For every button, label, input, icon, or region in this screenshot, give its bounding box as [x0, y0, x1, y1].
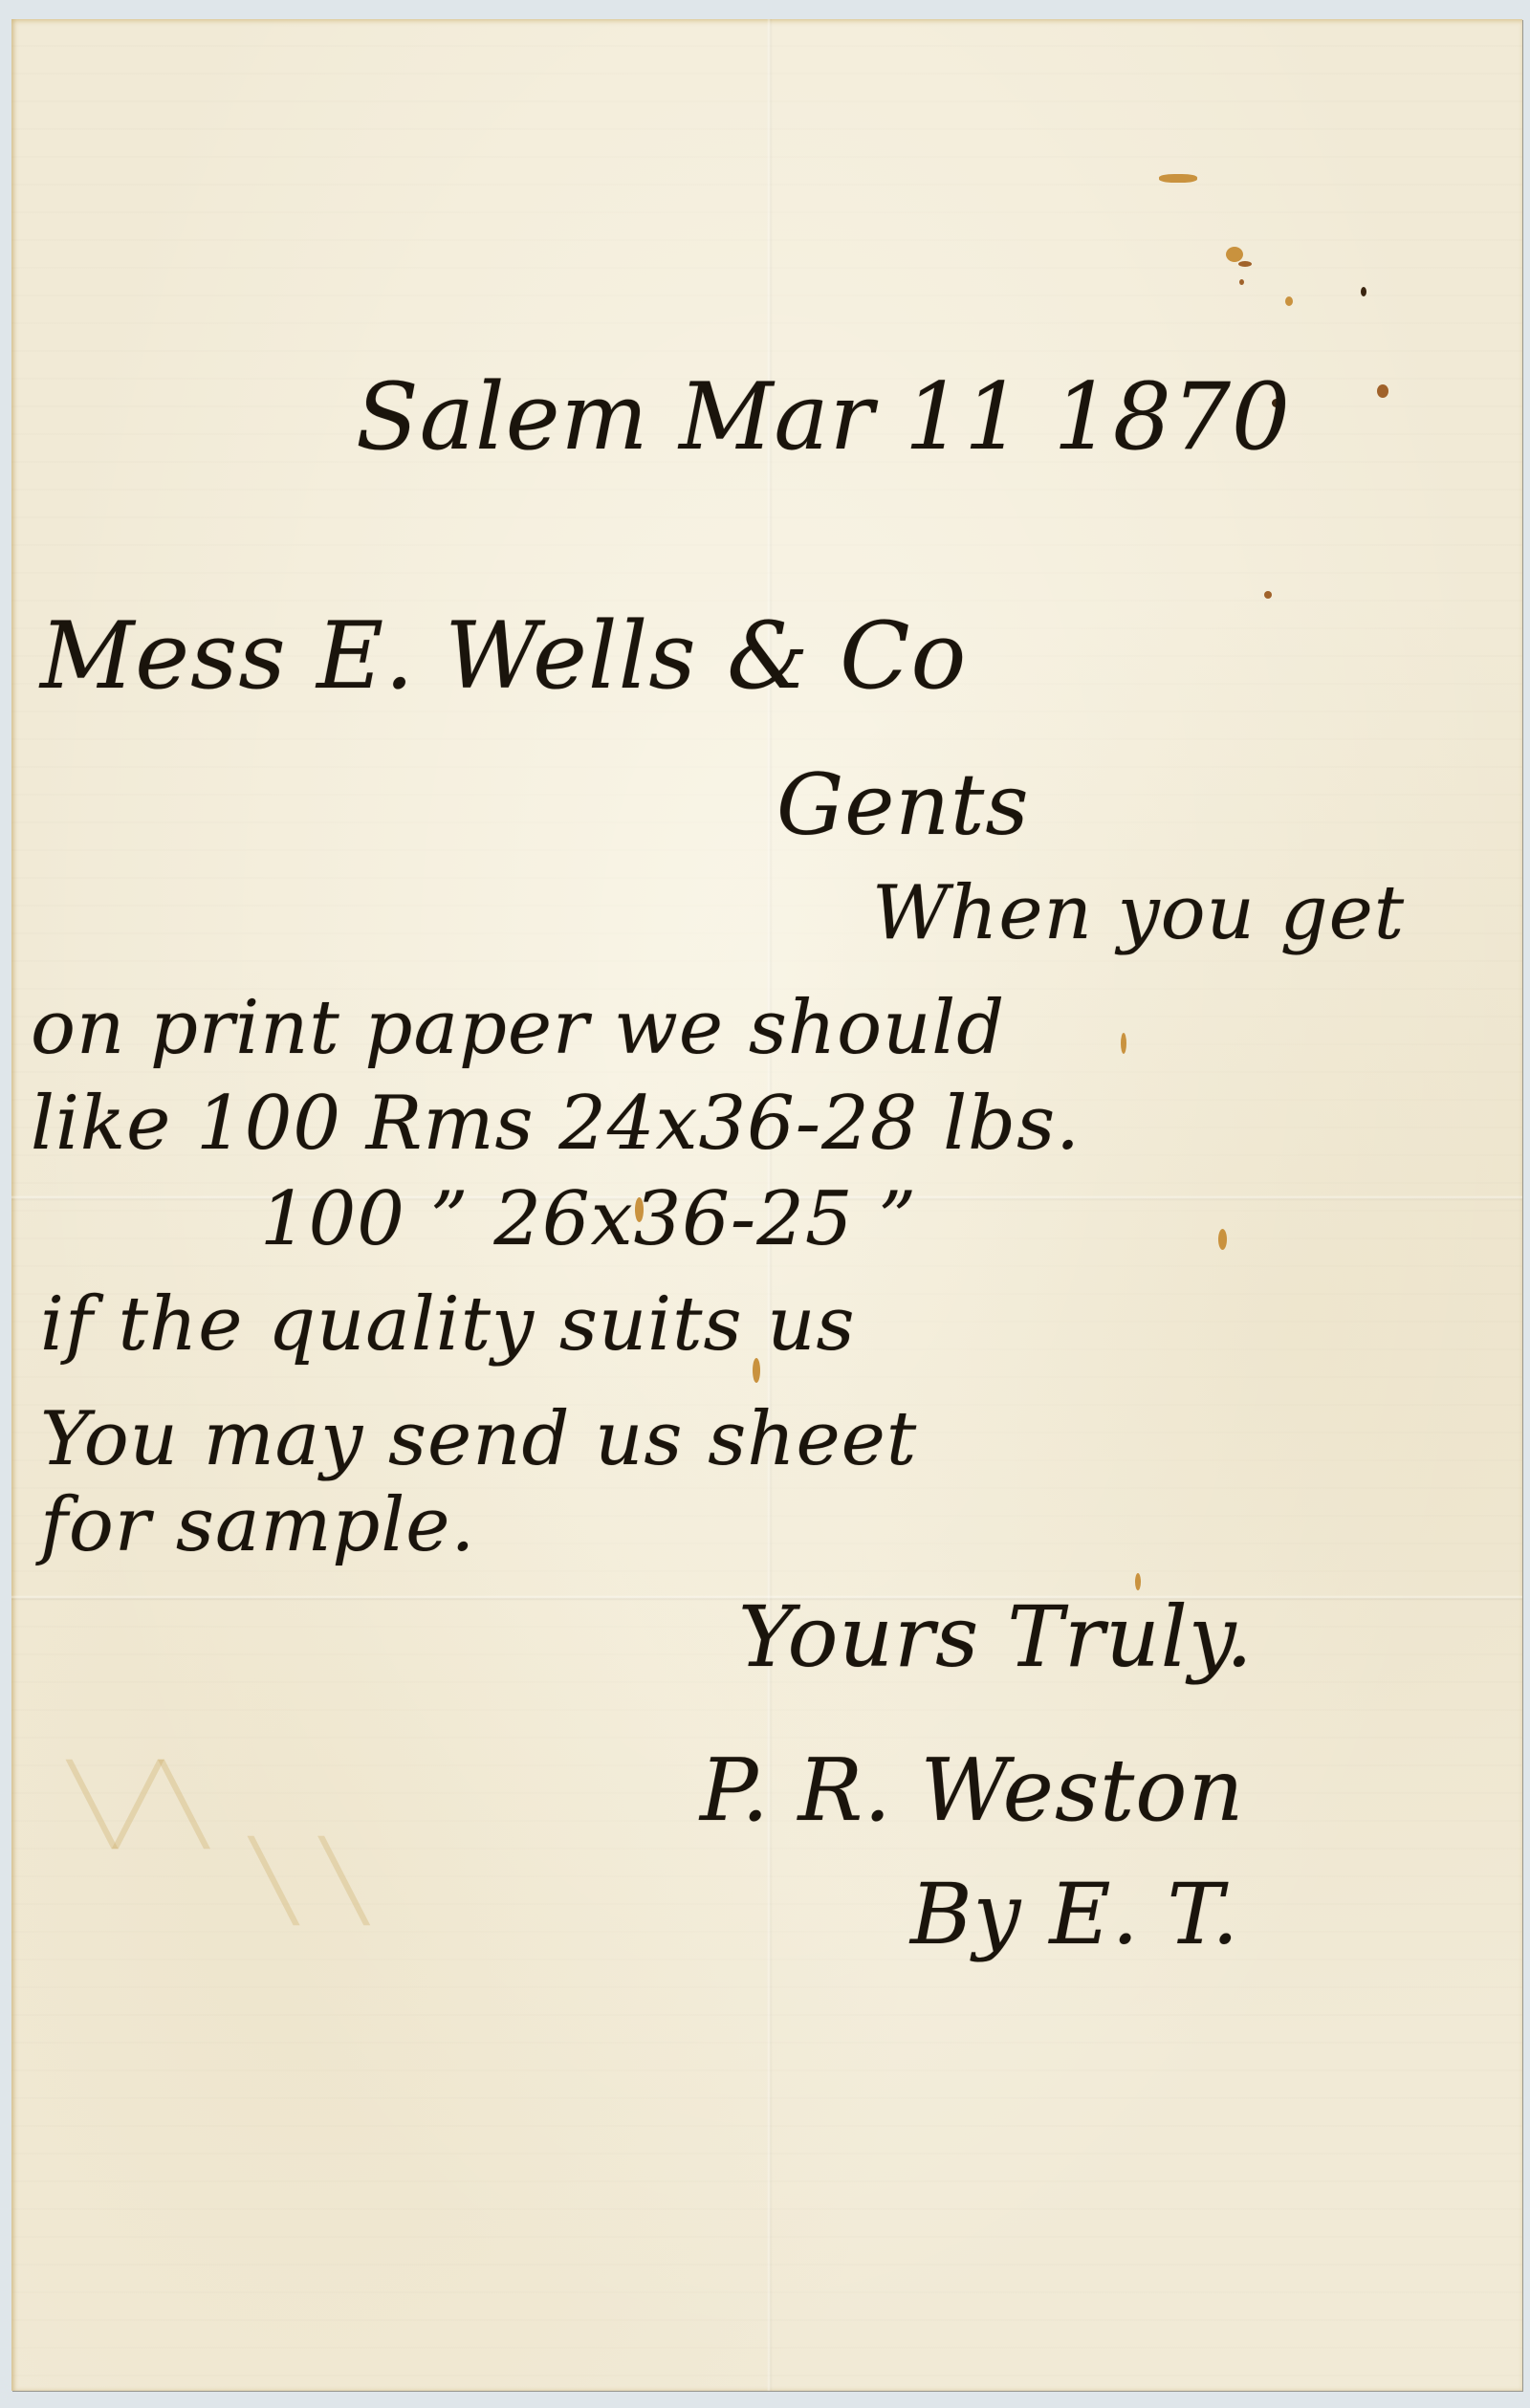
show-through-mark: ╱ ╱: [251, 1836, 367, 1925]
signature: P. R. Weston: [700, 1740, 1244, 1841]
ink-stain: [1264, 591, 1272, 599]
body-line: for sample.: [40, 1482, 475, 1568]
ink-stain: [1121, 1033, 1126, 1054]
body-line: When you get: [872, 870, 1405, 956]
body-line: on print paper we should: [31, 985, 1005, 1071]
body-line: if the quality suits us: [40, 1281, 856, 1368]
body-line: like 100 Rms 24x36-28 lbs.: [31, 1081, 1081, 1167]
ink-stain: [1218, 1229, 1227, 1250]
ink-stain: [1377, 384, 1388, 398]
ink-stain: [1226, 247, 1243, 262]
ink-stain: [1361, 287, 1366, 296]
body-line: You may send us sheet: [40, 1396, 917, 1482]
closing: Yours Truly.: [738, 1587, 1254, 1686]
ink-stain: [1285, 296, 1293, 306]
addressee: Mess E. Wells & Co: [40, 602, 967, 710]
ink-stain: [1159, 174, 1197, 183]
show-through-mark: ╱╲╱: [69, 1760, 208, 1849]
ink-stain: [1239, 279, 1244, 285]
dateline: Salem Mar 11 1870: [356, 363, 1291, 471]
ink-stain: [1238, 261, 1252, 267]
letter-sheet: ╱╲╱ ╱ ╱ Salem Mar 11 1870 Mess E. Wells …: [11, 19, 1522, 2391]
salutation: Gents: [776, 755, 1030, 854]
signed-by: By E. T.: [910, 1865, 1239, 1963]
body-line: 100 ” 26x36-25 ”: [260, 1176, 917, 1262]
